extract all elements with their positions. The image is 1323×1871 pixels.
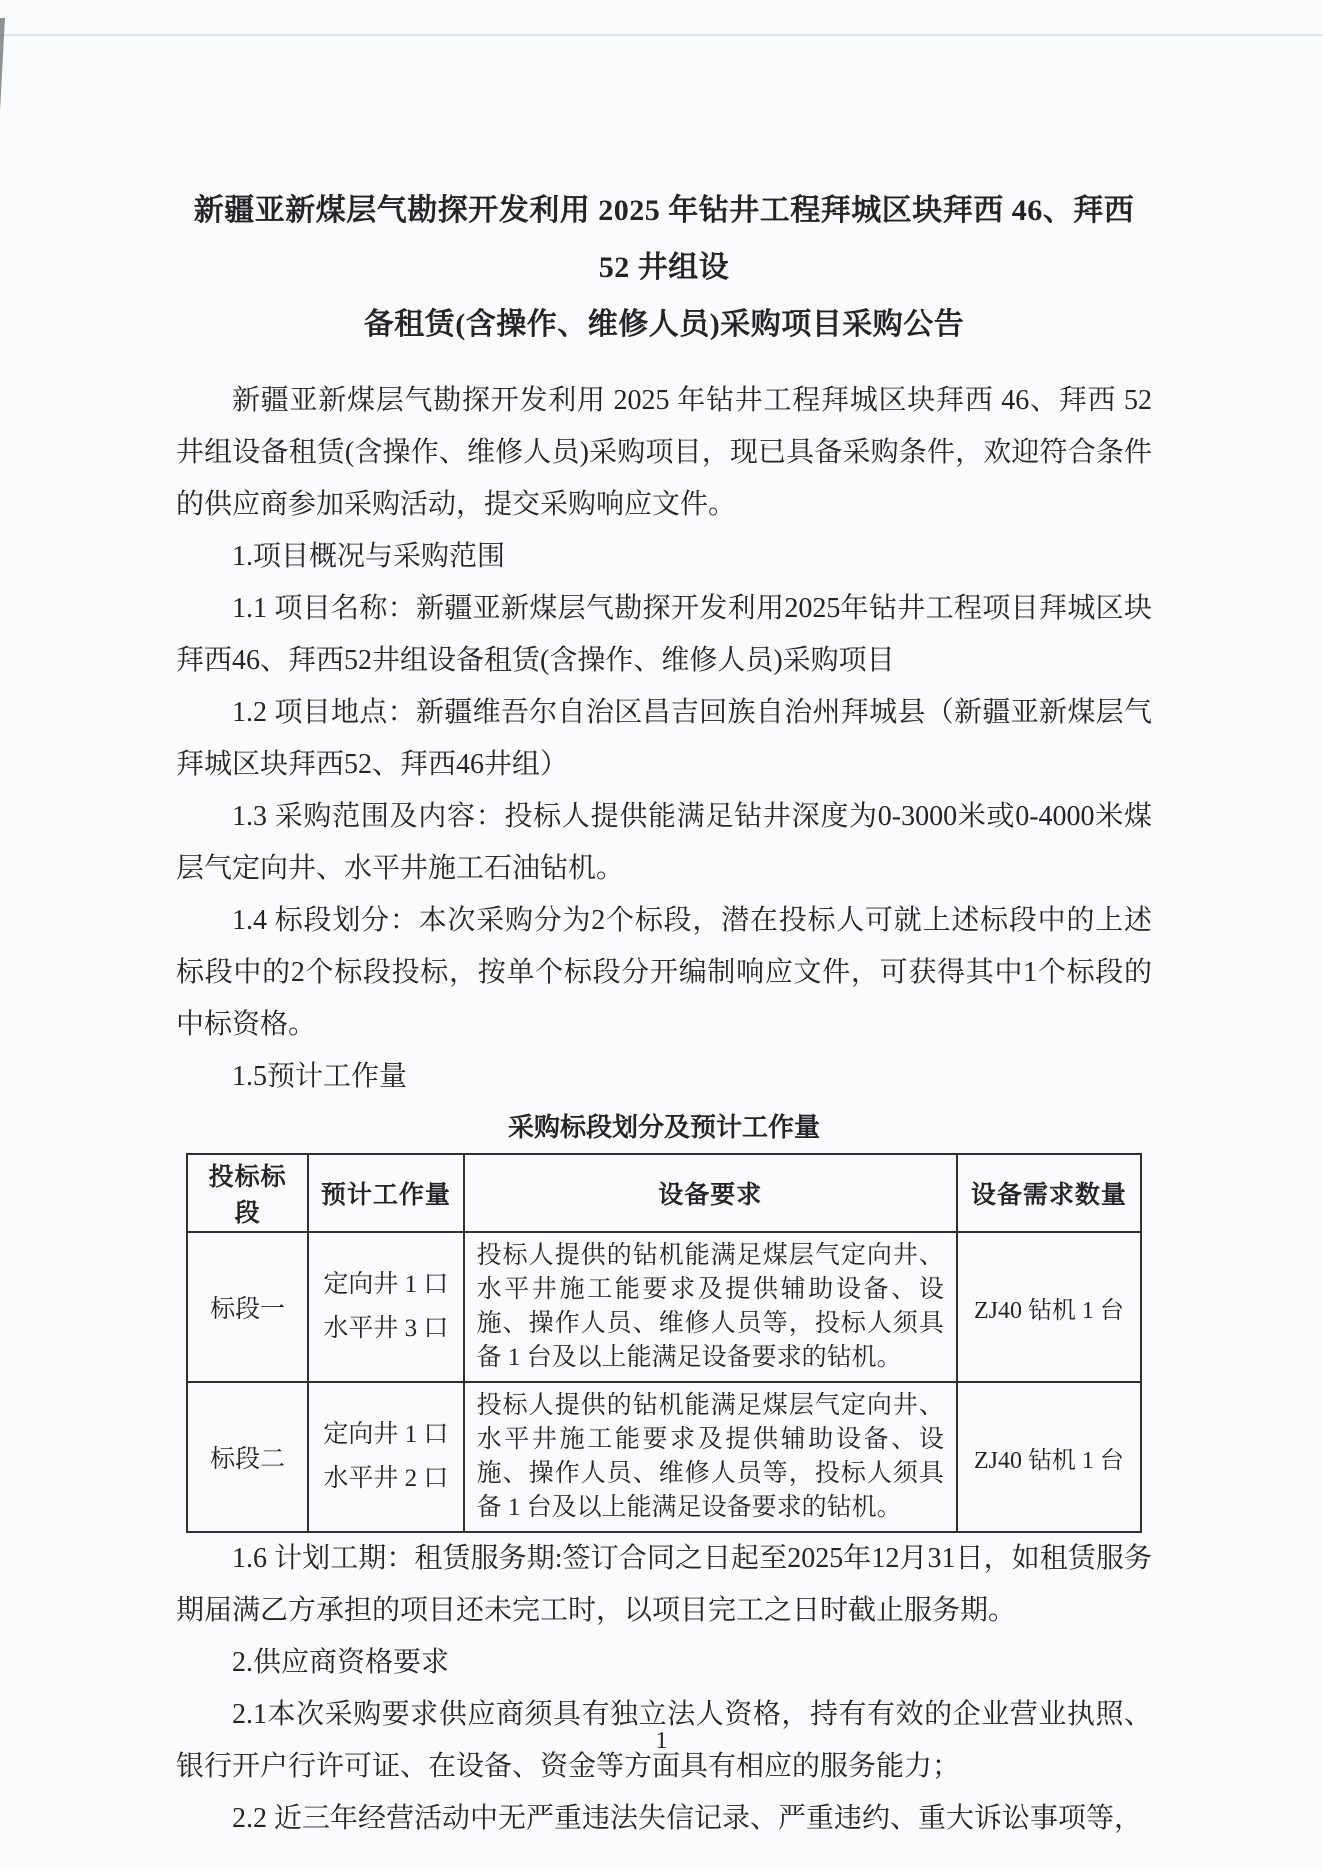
workload-line: 水平井 3 口 xyxy=(319,1307,453,1351)
doc-title-line-2: 备租赁(含操作、维修人员)采购项目采购公告 xyxy=(364,308,964,341)
scan-edge-line xyxy=(0,34,1323,36)
page-number: 1 xyxy=(0,1728,1323,1755)
paragraph-intro: 新疆亚新煤层气勘探开发利用 2025 年钻井工程拜城区块拜西 46、拜西 52 … xyxy=(176,375,1152,531)
paragraph-1-5-estimated-workload: 1.5预计工作量 xyxy=(176,1051,1152,1103)
document-content: 新疆亚新煤层气勘探开发利用 2025 年钻井工程拜城区块拜西 46、拜西 52 … xyxy=(176,182,1152,1845)
bid-sections-table: 投标标段 预计工作量 设备要求 设备需求数量 标段一 定向井 1 口 水平井 3… xyxy=(186,1153,1142,1533)
header-estimated-workload: 预计工作量 xyxy=(308,1154,464,1232)
header-equipment-quantity: 设备需求数量 xyxy=(957,1154,1141,1232)
table-caption: 采购标段划分及预计工作量 xyxy=(176,1109,1152,1147)
section-cell: 标段一 xyxy=(187,1232,308,1382)
workload-line: 水平井 2 口 xyxy=(319,1457,453,1501)
workload-cell: 定向井 1 口 水平井 3 口 xyxy=(308,1232,464,1382)
scan-corner-artifact xyxy=(0,18,5,168)
doc-title: 新疆亚新煤层气勘探开发利用 2025 年钻井工程拜城区块拜西 46、拜西 52 … xyxy=(176,182,1152,353)
paragraph-2-2-no-violation-record: 2.2 近三年经营活动中无严重违法失信记录、严重违约、重大诉讼事项等， xyxy=(176,1793,1152,1845)
header-bid-section: 投标标段 xyxy=(187,1154,308,1232)
document-page: 新疆亚新煤层气勘探开发利用 2025 年钻井工程拜城区块拜西 46、拜西 52 … xyxy=(0,0,1323,1871)
paragraph-1-6-planned-period: 1.6 计划工期：租赁服务期:签订合同之日起至2025年12月31日，如租赁服务… xyxy=(176,1533,1152,1637)
section-cell: 标段二 xyxy=(187,1382,308,1532)
table-row-section-1: 标段一 定向井 1 口 水平井 3 口 投标人提供的钻机能满足煤层气定向井、水平… xyxy=(187,1232,1141,1382)
requirement-cell: 投标人提供的钻机能满足煤层气定向井、水平井施工能要求及提供辅助设备、设施、操作人… xyxy=(464,1382,957,1532)
requirement-cell: 投标人提供的钻机能满足煤层气定向井、水平井施工能要求及提供辅助设备、设施、操作人… xyxy=(464,1232,957,1382)
doc-title-line-1: 新疆亚新煤层气勘探开发利用 2025 年钻井工程拜城区块拜西 46、拜西 52 … xyxy=(194,194,1135,284)
heading-section-1: 1.项目概况与采购范围 xyxy=(176,531,1152,583)
workload-cell: 定向井 1 口 水平井 2 口 xyxy=(308,1382,464,1532)
table-header-row: 投标标段 预计工作量 设备要求 设备需求数量 xyxy=(187,1154,1141,1232)
workload-line: 定向井 1 口 xyxy=(319,1263,453,1307)
paragraph-1-2-project-location: 1.2 项目地点：新疆维吾尔自治区昌吉回族自治州拜城县（新疆亚新煤层气拜城区块拜… xyxy=(176,687,1152,791)
paragraph-1-1-project-name: 1.1 项目名称：新疆亚新煤层气勘探开发利用2025年钻井工程项目拜城区块拜西4… xyxy=(176,583,1152,687)
quantity-cell: ZJ40 钻机 1 台 xyxy=(957,1382,1141,1532)
header-equipment-requirement: 设备要求 xyxy=(464,1154,957,1232)
paragraph-1-4-section-division: 1.4 标段划分：本次采购分为2个标段，潜在投标人可就上述标段中的上述标段中的2… xyxy=(176,895,1152,1051)
table-row-section-2: 标段二 定向井 1 口 水平井 2 口 投标人提供的钻机能满足煤层气定向井、水平… xyxy=(187,1382,1141,1532)
workload-line: 定向井 1 口 xyxy=(319,1413,453,1457)
quantity-cell: ZJ40 钻机 1 台 xyxy=(957,1232,1141,1382)
paragraph-1-3-procurement-scope: 1.3 采购范围及内容：投标人提供能满足钻井深度为0-3000米或0-4000米… xyxy=(176,791,1152,895)
heading-section-2: 2.供应商资格要求 xyxy=(176,1637,1152,1689)
